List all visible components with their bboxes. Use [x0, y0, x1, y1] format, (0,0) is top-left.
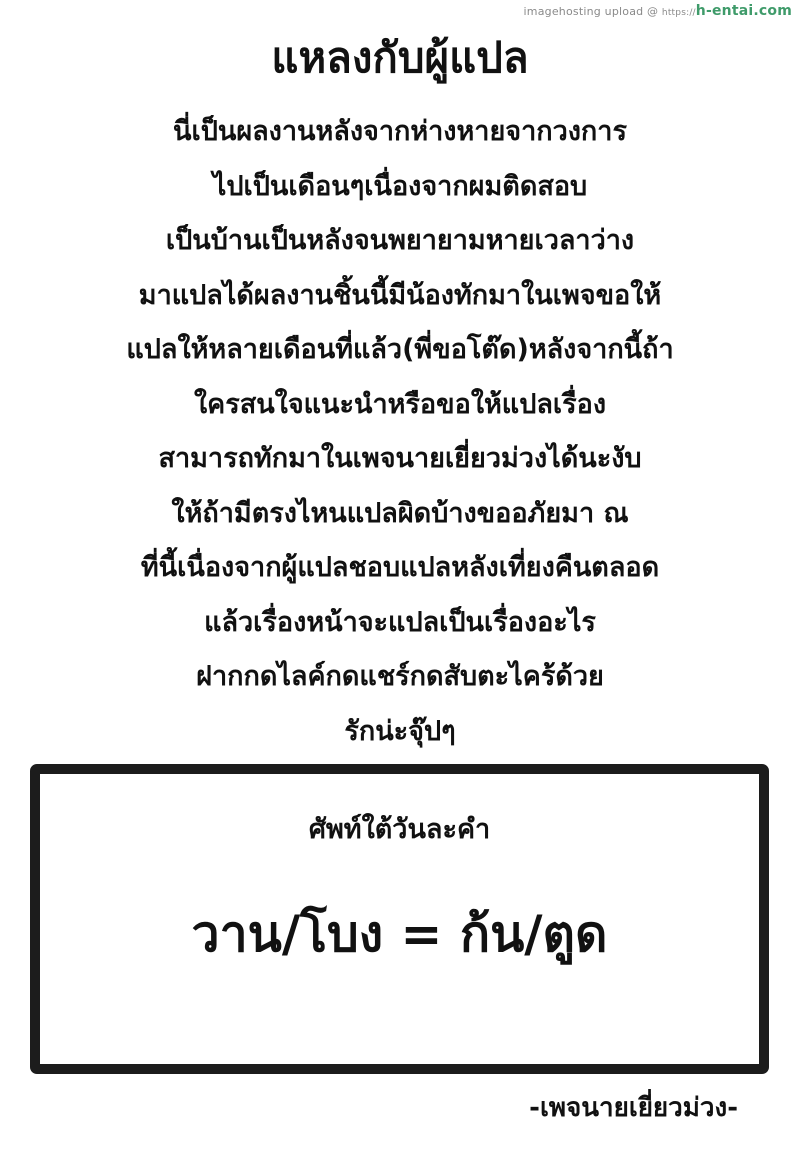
word-of-the-day-heading: ศัพท์ใต้วันละคำ	[40, 810, 759, 850]
message-line: ฝากกดไลค์กดแชร์กดสับตะไคร้ด้วย	[0, 650, 800, 705]
message-line: สามารถทักมาในเพจนายเยี่ยวม่วงได้นะงับ	[0, 432, 800, 487]
message-line: รักน่ะจุ๊ปๆ	[0, 705, 800, 760]
word-of-the-day-box: ศัพท์ใต้วันละคำ วาน/โบง = ก้น/ตูด	[30, 764, 769, 1074]
message-line: นี่เป็นผลงานหลังจากห่างหายจากวงการ	[0, 105, 800, 160]
message-line: แปลให้หลายเดือนที่แล้ว(พี่ขอโต๊ด)หลังจาก…	[0, 323, 800, 378]
message-line: มาแปลได้ผลงานชิ้นนี้มีน้องทักมาในเพจขอให…	[0, 269, 800, 324]
message-line: แล้วเรื่องหน้าจะแปลเป็นเรื่องอะไร	[0, 596, 800, 651]
message-line: เป็นบ้านเป็นหลังจนพยายามหายเวลาว่าง	[0, 214, 800, 269]
watermark-https: https://	[662, 8, 696, 18]
watermark-prefix: imagehosting upload @	[524, 5, 662, 18]
message-line: ที่นี้เนื่องจากผู้แปลชอบแปลหลังเที่ยงคืน…	[0, 541, 800, 596]
watermark-domain-link[interactable]: h-entai.com	[696, 3, 792, 19]
word-of-the-day-term: วาน/โบง = ก้น/ตูด	[40, 894, 759, 974]
watermark: imagehosting upload @ https://h-entai.co…	[524, 3, 792, 19]
page-title: แหลงกับผู้แปล	[0, 28, 800, 88]
page-signature: -เพจนายเยี่ยวม่วง-	[529, 1088, 738, 1128]
message-line: ใครสนใจแนะนำหรือขอให้แปลเรื่อง	[0, 378, 800, 433]
message-line: ไปเป็นเดือนๆเนื่องจากผมติดสอบ	[0, 160, 800, 215]
message-line: ให้ถ้ามีตรงไหนแปลผิดบ้างขออภัยมา ณ	[0, 487, 800, 542]
translator-message: นี่เป็นผลงานหลังจากห่างหายจากวงการ ไปเป็…	[0, 105, 800, 759]
